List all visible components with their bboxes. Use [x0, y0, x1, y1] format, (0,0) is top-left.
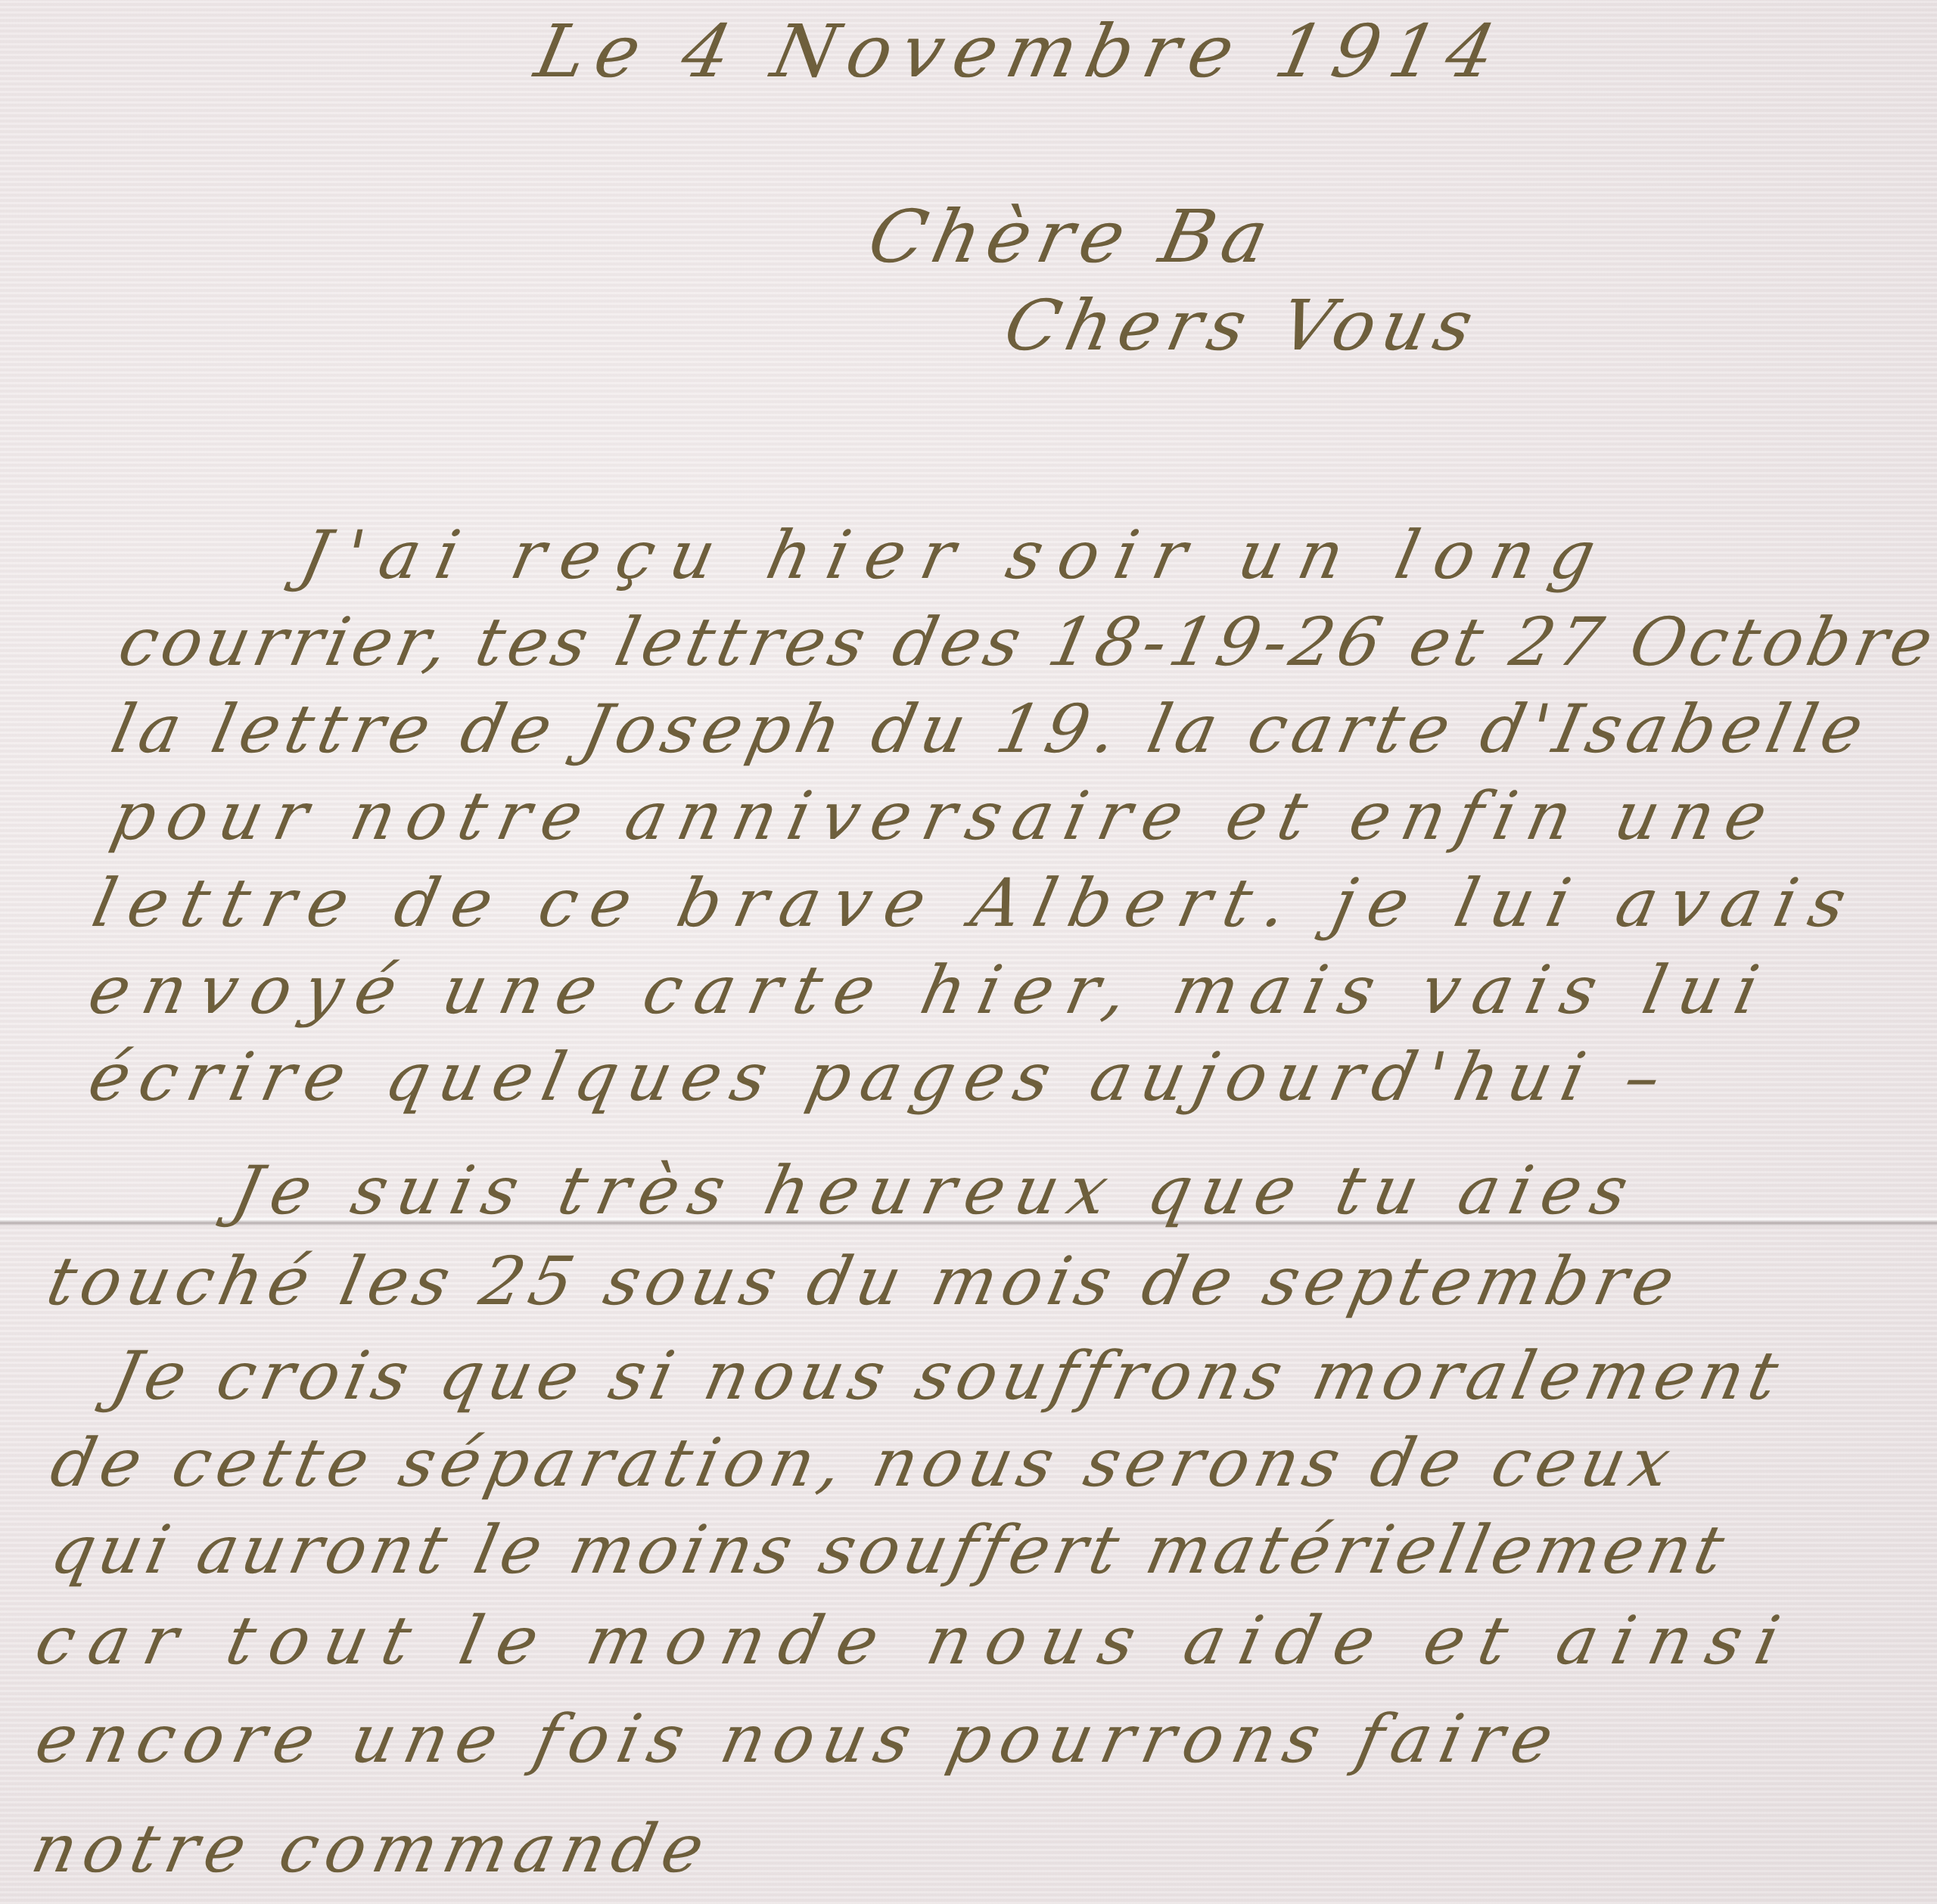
body-line: Je suis très heureux que tu aies	[227, 1157, 1644, 1224]
body-line: pour notre anniversaire et enfin une	[106, 783, 1785, 850]
body-line: de cette séparation, nous serons de ceux	[45, 1430, 1682, 1496]
body-line: touché les 25 sous du mois de septembre	[42, 1248, 1686, 1315]
body-line: lettre de ce brave Albert. je lui avais	[87, 870, 1865, 936]
body-line: Je crois que si nous souffrons moralemen…	[106, 1343, 1789, 1409]
body-line: courrier, tes lettres des 18-19-26 et 27…	[113, 609, 1937, 676]
salutation-line-1: Chère Ba	[863, 200, 1281, 273]
body-line: la lettre de Joseph du 19. la carte d'Is…	[106, 696, 1875, 763]
body-line: J'ai reçu hier soir un long	[295, 522, 1618, 589]
body-line: écrire quelques pages aujourd'hui –	[83, 1044, 1677, 1110]
letter-date: Le 4 Novembre 1914	[530, 15, 1512, 88]
body-line: encore une fois nous pourrons faire	[30, 1706, 1568, 1772]
body-line: qui auront le moins souffert matériellem…	[45, 1517, 1734, 1583]
body-line: envoyé une carte hier, mais vais lui	[83, 957, 1777, 1023]
body-line: car tout le monde nous aide et ainsi	[30, 1607, 1800, 1674]
letter-page: Le 4 Novembre 1914 Chère Ba Chers Vous J…	[0, 0, 1937, 1904]
body-line: notre commande	[26, 1815, 717, 1882]
salutation-line-2: Chers Vous	[999, 291, 1486, 361]
